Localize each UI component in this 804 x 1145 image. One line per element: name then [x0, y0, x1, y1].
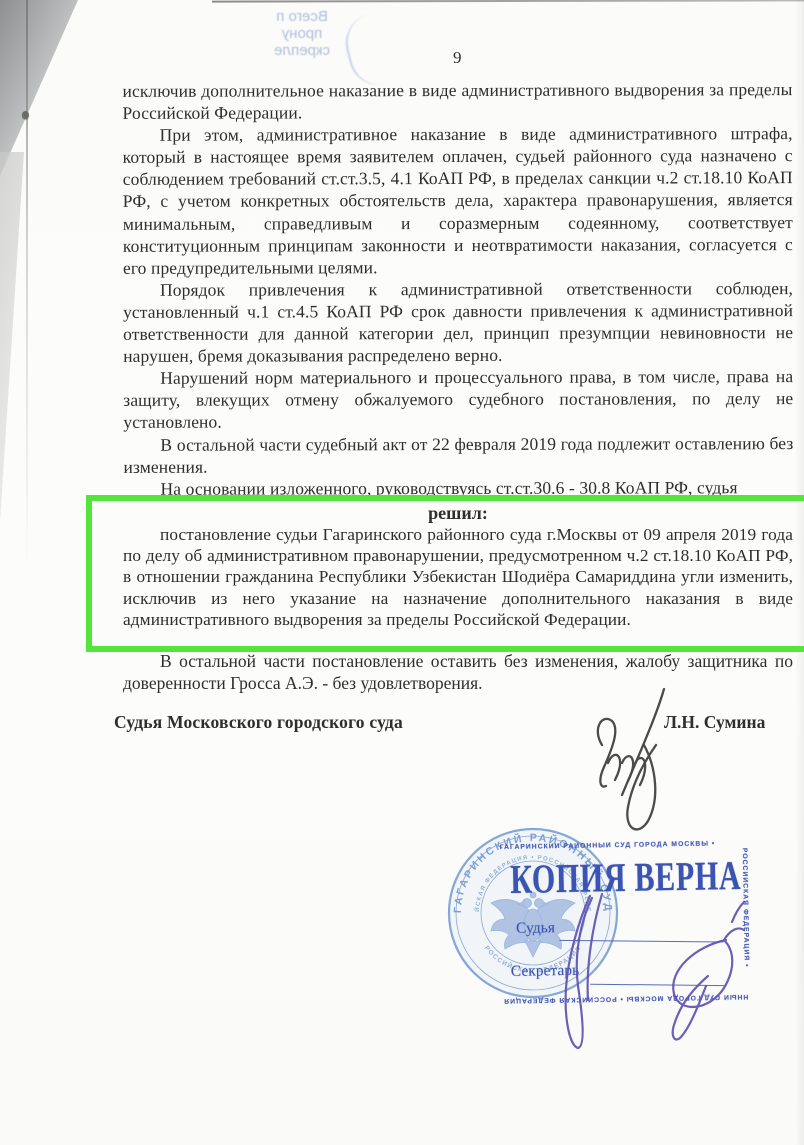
paragraph: При этом, административное наказание в в…: [123, 122, 793, 278]
decision-heading: решил:: [123, 502, 793, 524]
scanned-court-document-page: Всего п прону скрепле 9 исключив дополни…: [0, 0, 804, 1145]
page-number: 9: [453, 48, 462, 68]
binding-thread: [26, 0, 28, 570]
showthrough-line: скрепле: [246, 42, 358, 59]
paragraph: В остальной части судебный акт от 22 фев…: [123, 432, 793, 478]
judge-signature-ink: [572, 683, 682, 838]
showthrough-line: Всего п: [246, 8, 358, 25]
stamp-signatures-ink: [518, 888, 768, 1063]
paragraph: исключив дополнительное наказание в виде…: [122, 78, 792, 124]
paragraph: Порядок привлечения к административной о…: [123, 277, 793, 367]
after-decision-paragraph: В остальной части постановление оставить…: [123, 650, 793, 694]
document-body: исключив дополнительное наказание в виде…: [122, 78, 793, 500]
judge-title: Судья Московского городского суда: [114, 712, 403, 733]
page-corner-fold-shadow: [0, 0, 78, 176]
page-edge-shadow: [0, 152, 24, 522]
paragraph: Нарушений норм материального и процессуа…: [123, 365, 793, 433]
binding-thread-knot: [22, 111, 29, 119]
scan-top-edge-line: [212, 0, 804, 3]
reverse-side-showthrough-stamp-outline: [340, 0, 505, 91]
showthrough-line: прону: [246, 25, 358, 42]
decision-paragraph: постановление судьи Гагаринского районно…: [123, 524, 793, 630]
decision-highlight-box: решил: постановление судьи Гагаринского …: [86, 495, 804, 652]
reverse-side-showthrough-text: Всего п прону скрепле: [246, 8, 358, 59]
